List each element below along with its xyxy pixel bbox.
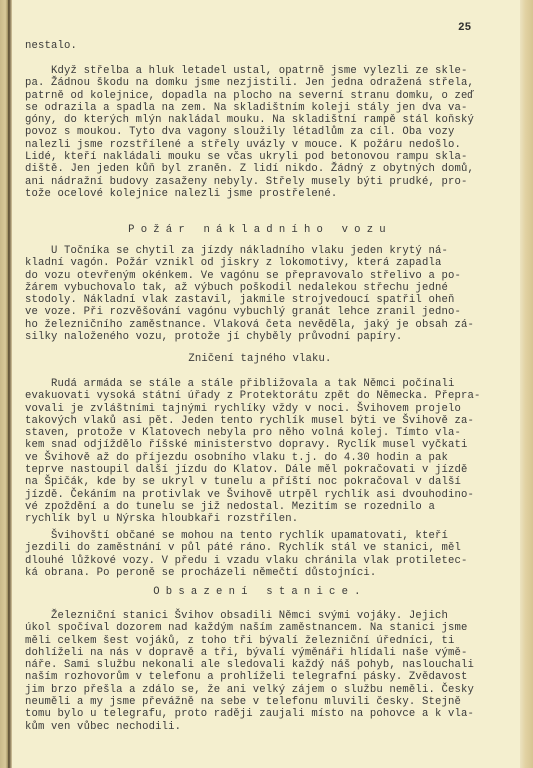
book-binding xyxy=(0,0,9,768)
text-line: ve Švihově až do příjezdu osobního vlaku… xyxy=(25,452,495,464)
text-line: jízdě. Čekáním na protivlak ve Švihově u… xyxy=(25,489,495,501)
text-line: se odrazila a spadla na zem. Na skladišt… xyxy=(25,102,495,114)
paragraph: U Točníka se chytil za jízdy nákladního … xyxy=(25,245,495,343)
section-heading: Obsazení stanice. xyxy=(25,586,495,598)
text-line: Lidé, kteří nakládali mouku se včas ukry… xyxy=(25,151,495,163)
text-line: Železniční stanici Švihov obsadili Němci… xyxy=(25,610,495,622)
text-line: úkol spočíval dozorem nad každým naším z… xyxy=(25,622,495,634)
text-line: evakuovati vysoká státní úřady z Protekt… xyxy=(25,390,495,402)
text-line: pa. Žádnou škodu na domku jsme nezjistil… xyxy=(25,77,495,89)
text-line: ká obrana. Po peroně se procházeli němeč… xyxy=(25,567,495,579)
text-line: Švihovští občané se mohou na tento rychl… xyxy=(25,530,495,542)
text-line: vovali je zvláštními tajnými rychlíky vž… xyxy=(25,403,495,415)
paragraph: Železniční stanici Švihov obsadili Němci… xyxy=(25,610,495,733)
text-line: silky naloženého vozu, protože jí chyběl… xyxy=(25,331,495,343)
text-line: góny, do kterých mlýn nakládal mouku. Na… xyxy=(25,114,495,126)
page-edge xyxy=(520,0,533,768)
text-line: povoz s moukou. Tyto dva vagony sloužily… xyxy=(25,126,495,138)
section-heading: Zničení tajného vlaku. xyxy=(25,353,495,365)
text-line: kladní vagón. Požár vznikl od jiskry z l… xyxy=(25,257,495,269)
paragraph: Rudá armáda se stále a stále přibližoval… xyxy=(25,378,495,526)
text-line: měli celkem šest vojáků, z toho tři býva… xyxy=(25,635,495,647)
text-line: náře. Sami službu nekonali ale sledovali… xyxy=(25,659,495,671)
text-line: ani nádražní budovy zasaženy nebyly. Stř… xyxy=(25,176,495,188)
text-line: tomu bylo u telegrafu, proto raději zauj… xyxy=(25,708,495,720)
page-number: 25 xyxy=(458,22,471,34)
text-line: takových vlaků asi pět. Jeden tento rych… xyxy=(25,415,495,427)
text-line: ho železničního zaměstnance. Vlaková čet… xyxy=(25,319,495,331)
text-line: kům ven vůbec nechodili. xyxy=(25,721,495,733)
text-line: teprve nastoupil další jízdu do Klatov. … xyxy=(25,464,495,476)
paragraph: Švihovští občané se mohou na tento rychl… xyxy=(25,530,495,579)
text-line: ve voze. Při rozvěšování vagónu vybuchlý… xyxy=(25,306,495,318)
text-line: U Točníka se chytil za jízdy nákladního … xyxy=(25,245,495,257)
text-line: jim brzo přešla a zdálo se, že ani velký… xyxy=(25,684,495,696)
text-line: Když střelba a hluk letadel ustal, opatr… xyxy=(25,65,495,77)
text-line: tože ocelové kolejnice nalezli jsme pros… xyxy=(25,188,495,200)
text-line: do vozu otevřeným okénkem. Ve vagónu se … xyxy=(25,270,495,282)
text-line: nalezli jsme rozstřílené a střely uvázly… xyxy=(25,139,495,151)
text-line: patrně od kolejnice, dopadla na plocho n… xyxy=(25,90,495,102)
text-line: jezdili do zaměstnání v půl páté ráno. R… xyxy=(25,542,495,554)
section-heading: Požár nákladního vozu xyxy=(25,224,495,236)
paragraph: nestalo. xyxy=(25,40,495,52)
text-line: vé zpoždění a do tunelu se již nedostal.… xyxy=(25,501,495,513)
text-line: žárem vybuchovalo tak, až výbuch poškodi… xyxy=(25,282,495,294)
text-line: na Špičák, kde by se ukryl v tunelu a př… xyxy=(25,476,495,488)
text-line: neuměli a my jsme převážně na sebe v tel… xyxy=(25,696,495,708)
text-line: rychlík byl u Nýrska hloubkaři rozstříle… xyxy=(25,513,495,525)
text-line: kem snad odjíždělo říšské ministerstvo d… xyxy=(25,439,495,451)
text-line: nestalo. xyxy=(25,40,495,52)
text-line: staven, protože v Klatovech nebyla pro n… xyxy=(25,427,495,439)
text-line: dlouhé lůžkové vozy. V předu i vzadu vla… xyxy=(25,555,495,567)
text-line: naším rozhovorům v telefonu a prohlíželi… xyxy=(25,671,495,683)
text-line: dohlíželi na nás v dopravě a tři, bývalí… xyxy=(25,647,495,659)
text-line: diště. Jen jeden kůň byl zraněn. Z lidí … xyxy=(25,163,495,175)
paragraph: Když střelba a hluk letadel ustal, opatr… xyxy=(25,65,495,200)
text-line: Rudá armáda se stále a stále přibližoval… xyxy=(25,378,495,390)
text-line: stodoly. Nákladní vlak zastavil, jakmile… xyxy=(25,294,495,306)
